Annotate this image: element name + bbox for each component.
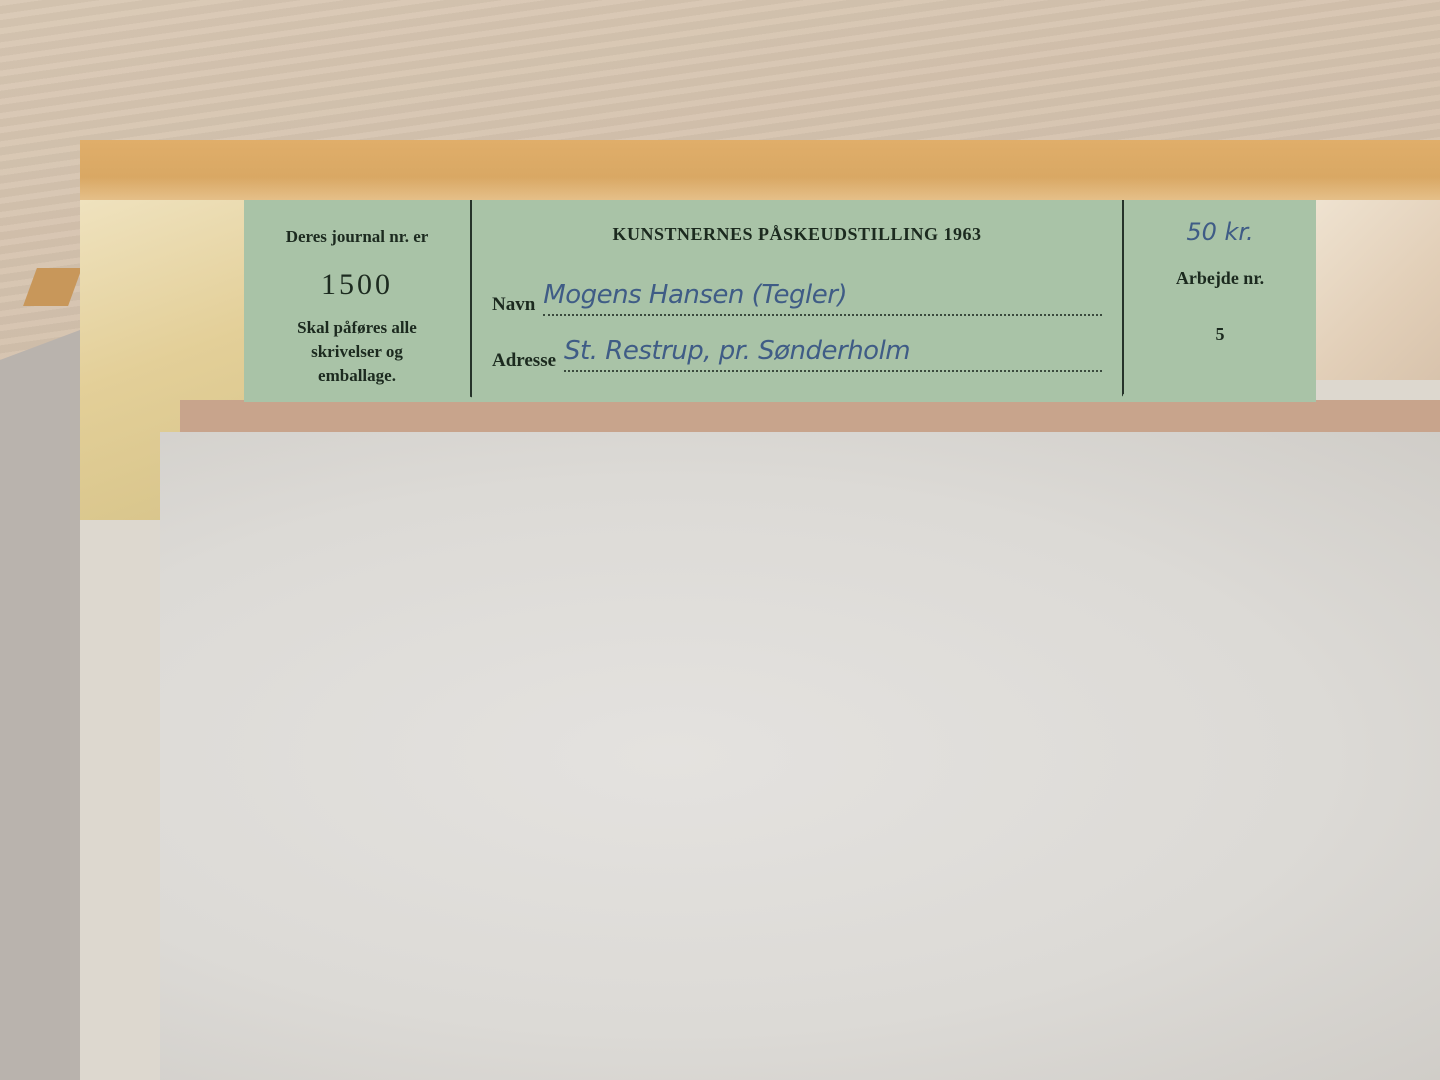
journal-number: 1500 — [244, 268, 470, 302]
work-section: 50 kr. Arbejde nr. 5 — [1124, 200, 1316, 398]
name-label: Navn — [492, 294, 535, 316]
journal-section: Deres journal nr. er 1500 Skal påføres a… — [244, 200, 472, 398]
exhibition-section: KUNSTNERNES PÅSKEUDSTILLING 1963 Navn Mo… — [472, 200, 1124, 398]
price-handwritten: 50 kr. — [1124, 218, 1316, 246]
crumpled-paper-corner — [1310, 200, 1440, 380]
exhibition-title: KUNSTNERNES PÅSKEUDSTILLING 1963 — [472, 224, 1122, 245]
top-masking-tape — [80, 140, 1440, 202]
address-field: Adresse St. Restrup, pr. Sønderholm — [492, 336, 1102, 372]
name-handwritten: Mogens Hansen (Tegler) — [543, 280, 1102, 316]
perforated-edge — [244, 394, 1316, 402]
journal-note-line: Skal påføres alle — [244, 316, 470, 340]
work-number: 5 — [1124, 324, 1316, 345]
artwork-back-paper — [160, 432, 1440, 1080]
address-label: Adresse — [492, 350, 556, 372]
journal-note: Skal påføres alle skrivelser og emballag… — [244, 316, 470, 388]
journal-note-line: emballage. — [244, 364, 470, 388]
name-field: Navn Mogens Hansen (Tegler) — [492, 280, 1102, 316]
address-handwritten: St. Restrup, pr. Sønderholm — [564, 336, 1102, 372]
work-number-heading: Arbejde nr. — [1124, 268, 1316, 289]
journal-heading: Deres journal nr. er — [244, 227, 470, 247]
journal-note-line: skrivelser og — [244, 340, 470, 364]
exhibition-label: Deres journal nr. er 1500 Skal påføres a… — [244, 200, 1316, 398]
